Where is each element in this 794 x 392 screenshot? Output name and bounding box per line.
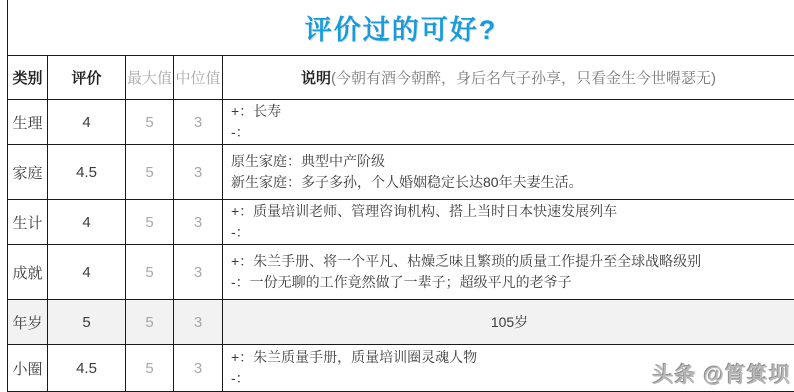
cell-max: 5 <box>126 100 174 144</box>
header-median: 中位值 <box>174 56 223 99</box>
cell-description: 105岁 <box>223 300 794 344</box>
table-row-physiology: 生理 4 5 3 +：长寿 -： <box>8 100 794 145</box>
cell-median: 3 <box>174 245 223 299</box>
description-line: -：一份无聊的工作竟然做了一辈子；超级平凡的老爷子 <box>231 272 572 293</box>
table-row-age: 年岁 5 5 3 105岁 <box>8 300 794 345</box>
description-line: -： <box>231 222 250 243</box>
header-description-label: 说明 <box>301 67 331 88</box>
cell-description: +：质量培训老师、管理咨询机构、搭上当时日本快速发展列车 -： <box>223 200 794 244</box>
cell-category: 生理 <box>8 100 48 144</box>
cell-median: 3 <box>174 145 223 199</box>
description-line: 105岁 <box>491 312 528 333</box>
cell-rating: 4 <box>48 245 126 299</box>
table-row-family: 家庭 4.5 5 3 原生家庭：典型中产阶级 新生家庭：多子多孙，个人婚姻稳定长… <box>8 145 794 200</box>
description-line: -： <box>231 368 250 389</box>
title-row: 评价过的可好? <box>8 0 794 55</box>
cell-median: 3 <box>174 100 223 144</box>
cell-category: 成就 <box>8 245 48 299</box>
cell-category: 小圈 <box>8 345 48 391</box>
cell-max: 5 <box>126 345 174 391</box>
cell-rating: 4 <box>48 200 126 244</box>
header-max: 最大值 <box>126 56 174 99</box>
cell-median: 3 <box>174 300 223 344</box>
description-line: +：长寿 <box>231 101 281 122</box>
cell-median: 3 <box>174 200 223 244</box>
cell-max: 5 <box>126 245 174 299</box>
description-line: +：朱兰质量手册，质量培训圈灵魂人物 <box>231 347 477 368</box>
cell-median: 3 <box>174 345 223 391</box>
cell-description: +：长寿 -： <box>223 100 794 144</box>
description-line: 原生家庭：典型中产阶级 <box>231 151 385 172</box>
article-image: 评价过的可好? 类别 评价 最大值 中位值 说明(今朝有酒今朝醉，身后名气子孙享… <box>0 0 794 392</box>
cell-description: +：朱兰手册、将一个平凡、枯燥乏味且繁琐的质量工作提升至全球战略级别 -：一份无… <box>223 245 794 299</box>
cell-max: 5 <box>126 300 174 344</box>
cell-rating: 5 <box>48 300 126 344</box>
cell-rating: 4.5 <box>48 145 126 199</box>
page-title: 评价过的可好? <box>305 8 498 47</box>
table-row-achievement: 成就 4 5 3 +：朱兰手册、将一个平凡、枯燥乏味且繁琐的质量工作提升至全球战… <box>8 245 794 300</box>
header-description-note: (今朝有酒今朝醉，身后名气子孙享，只看金生今世嘚瑟无) <box>331 67 716 88</box>
header-category: 类别 <box>8 56 48 99</box>
cell-max: 5 <box>126 200 174 244</box>
table-row-livelihood: 生计 4 5 3 +：质量培训老师、管理咨询机构、搭上当时日本快速发展列车 -： <box>8 200 794 245</box>
cell-category: 家庭 <box>8 145 48 199</box>
rating-table-sheet: 评价过的可好? 类别 评价 最大值 中位值 说明(今朝有酒今朝醉，身后名气子孙享… <box>7 0 794 392</box>
table-header-row: 类别 评价 最大值 中位值 说明(今朝有酒今朝醉，身后名气子孙享，只看金生今世嘚… <box>8 55 794 100</box>
description-line: +：朱兰手册、将一个平凡、枯燥乏味且繁琐的质量工作提升至全球战略级别 <box>231 251 701 272</box>
description-line: 新生家庭：多子多孙，个人婚姻稳定长达80年夫妻生活。 <box>231 172 583 193</box>
description-line: +：质量培训老师、管理咨询机构、搭上当时日本快速发展列车 <box>231 201 617 222</box>
description-line: -： <box>231 122 250 143</box>
header-description: 说明(今朝有酒今朝醉，身后名气子孙享，只看金生今世嘚瑟无) <box>223 56 794 99</box>
cell-rating: 4.5 <box>48 345 126 391</box>
cell-category: 生计 <box>8 200 48 244</box>
cell-category: 年岁 <box>8 300 48 344</box>
header-rating: 评价 <box>48 56 126 99</box>
cell-description: 原生家庭：典型中产阶级 新生家庭：多子多孙，个人婚姻稳定长达80年夫妻生活。 <box>223 145 794 199</box>
cell-rating: 4 <box>48 100 126 144</box>
cell-max: 5 <box>126 145 174 199</box>
toutiao-watermark: 头条 @筲箕坝 <box>653 359 791 389</box>
